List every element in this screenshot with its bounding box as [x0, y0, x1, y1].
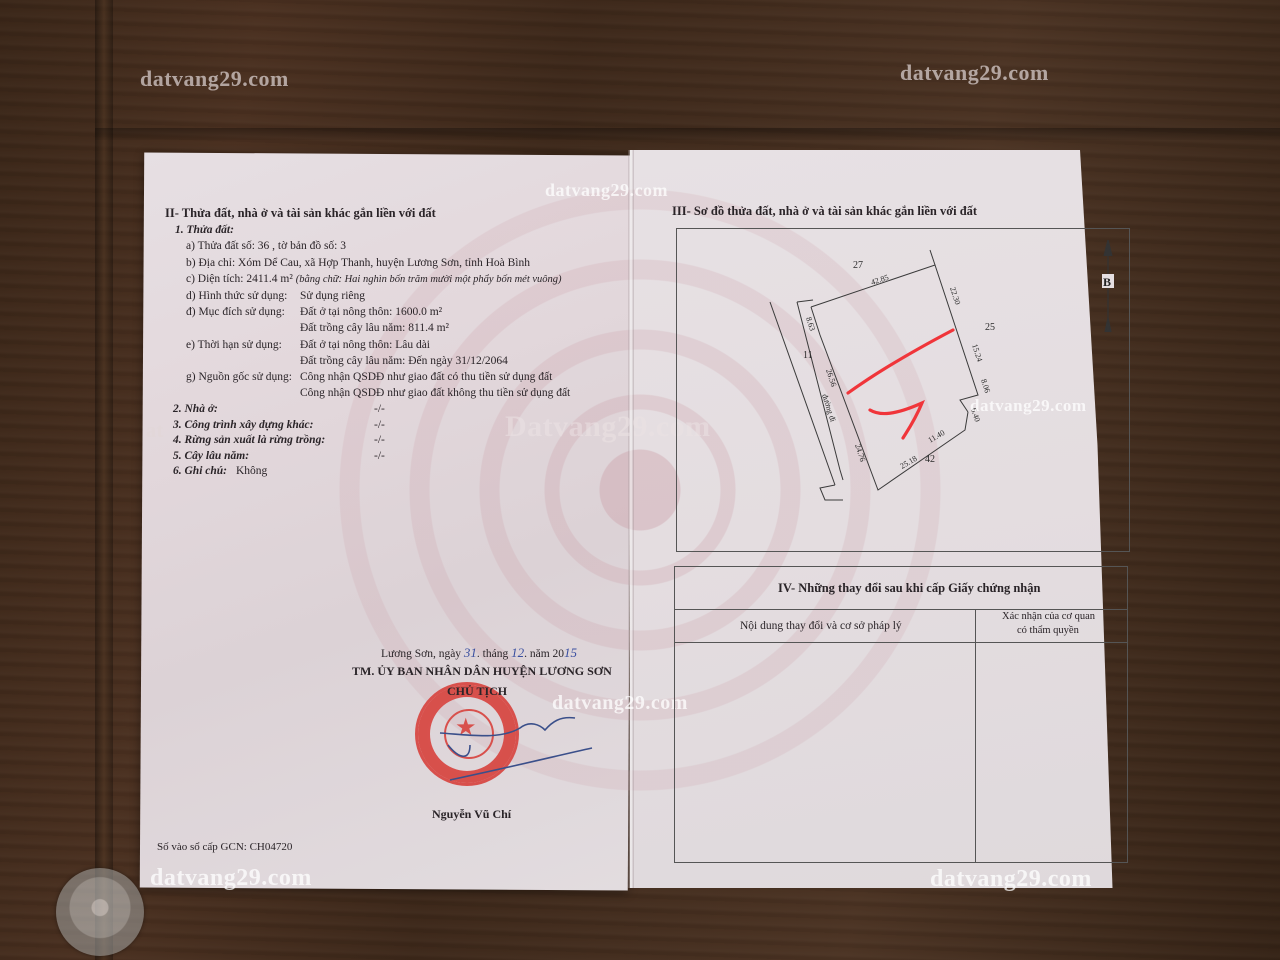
watermark: datvang29.com: [930, 866, 1092, 893]
changes-col-content-header: Nội dung thay đổi và cơ sở pháp lý: [740, 620, 902, 632]
suction-cup: [56, 868, 144, 956]
neighbor-parcel-25: 25: [985, 322, 995, 333]
section-iv-title: IV- Những thay đổi sau khi cấp Giấy chứn…: [778, 581, 1040, 596]
changes-col-authority-header-line2: có thẩm quyền: [1017, 625, 1079, 636]
road-label: đường đi: [820, 393, 838, 424]
neighbor-parcel-27: 27: [853, 260, 863, 271]
north-label: B: [1103, 275, 1111, 289]
edge-length: 22.30: [948, 286, 962, 306]
changes-col-authority-header-line1: Xác nhận của cơ quan: [1002, 611, 1095, 622]
edge-length: 24.76: [853, 443, 867, 463]
edge-length: 11.40: [927, 428, 947, 445]
changes-table-divider: [975, 609, 976, 862]
edge-length: 26.56: [824, 368, 838, 388]
edge-length: 8.06: [979, 378, 992, 394]
neighbor-parcel-11: 11: [803, 350, 813, 361]
watermark: datvang29.com: [970, 396, 1087, 416]
edge-length: 25.18: [899, 454, 919, 471]
edge-length: 15.24: [970, 343, 984, 363]
edge-length: 42.85: [870, 273, 890, 287]
neighbor-parcel-42: 42: [925, 454, 935, 465]
handwritten-red-mark: [848, 330, 953, 438]
